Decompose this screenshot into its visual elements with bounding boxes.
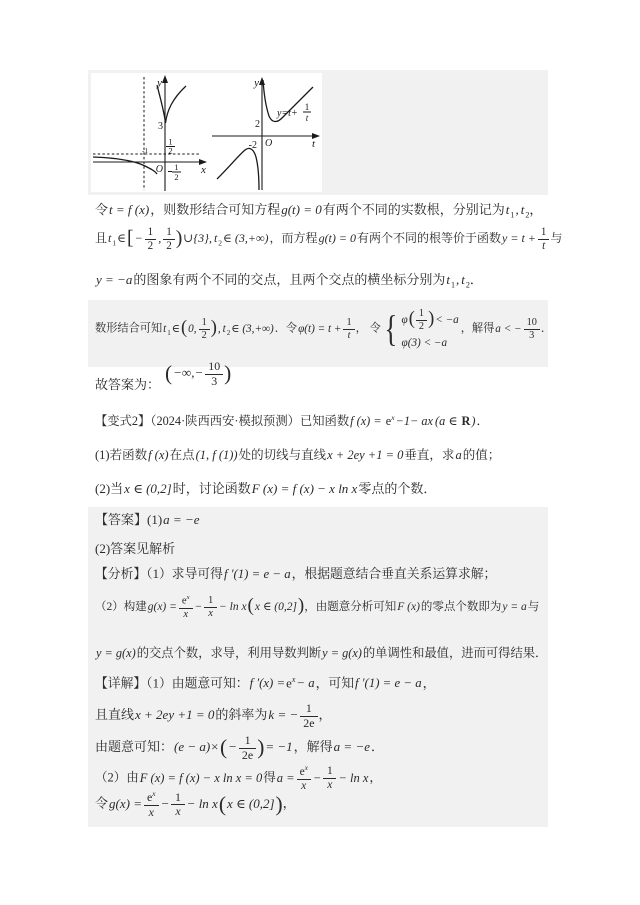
paragraph-line: （2）构建g(x) =exx−1x− ln x(x ∈ (0,2])，由题意分析… (95, 594, 539, 621)
paragraph-line: 由题意可知：(e − a)×(−12e)= −1，解得a = −e． (95, 734, 384, 762)
g2-y-axis-label: y (253, 77, 259, 89)
paragraph-line: (2)答案见解析 (95, 541, 175, 558)
paragraph-line: 【答案】(1)a = −e (95, 512, 201, 529)
paragraph-line: 【分析】（1）求导可得f ′(1) = e − a，根据题意结合垂直关系运算求解… (95, 566, 496, 583)
g1-tick-label: -1 (142, 147, 148, 155)
function-graphs-svg: y x O 3 1 2 1 2 -1 y t O 2 -2 y (91, 73, 322, 192)
paragraph-line: 且直线x + 2ey +1 = 0的斜率为k = −12e， (95, 702, 332, 730)
paragraph-line: 故答案为：(−∞,−103) (95, 372, 231, 400)
paragraph-line: 且t1∈[−12,12)∪{3},t2∈ (3,+∞)，而方程g(t) = 0有… (95, 226, 562, 252)
paragraph-line: 【详解】（1）由题意可知：f ′(x) =ex− a，可知f ′(1) = e … (95, 675, 435, 692)
g1-min-value-label: 3 (158, 121, 163, 132)
g1-parabola-curve (157, 85, 186, 123)
g2-min-value-label: 2 (255, 119, 260, 130)
paragraph-line: y = g(x)的交点个数，求导，利用导数判断y = g(x)的单调性和最值，进… (95, 646, 547, 662)
paragraph-line: 令t = f (x)，则数形结合可知方程g(t) = 0有两个不同的实数根，分别… (95, 202, 542, 221)
g2-t-axis-label: t (312, 138, 316, 150)
document-page: y x O 3 1 2 1 2 -1 y t O 2 -2 y (0, 0, 640, 905)
g2-curve-frac-denominator: t (306, 113, 309, 123)
g1-lower-frac-numerator: 1 (174, 162, 178, 172)
paragraph-line: 令g(x) =exx−1x− ln x(x ∈ (0,2])， (95, 790, 296, 819)
g2-max-value-label: -2 (249, 140, 257, 151)
graph-1 (93, 75, 207, 191)
g2-y-arrow (259, 77, 265, 85)
paragraph-line: y = −a的图象有两个不同的交点，且两个交点的横坐标分别为t1,t2． (95, 272, 483, 291)
g1-origin-label: O (156, 164, 163, 175)
g1-left-branch-curve (93, 157, 157, 174)
paragraph-line: (1)若函数f (x)在点(1, f (1))处的切线与直线x + 2ey +1… (95, 447, 500, 463)
g2-curve-frac-numerator: 1 (305, 102, 310, 112)
paragraph-line: 数形结合可知t1∈(0,12),t2∈ (3,+∞)．令φ(t) = t +1t… (95, 308, 552, 350)
paragraph-line: （2）由F (x) = f (x) − x ln x = 0得a =exx−1x… (95, 764, 382, 793)
g1-lower-frac-denominator: 2 (174, 172, 178, 182)
graph-2 (212, 77, 320, 190)
paragraph-line: (2)当x ∈ (0,2]时，讨论函数F (x) = f (x) − x ln … (95, 481, 436, 498)
g1-x-axis-label: x (200, 164, 206, 176)
g2-left-branch-curve (217, 148, 259, 190)
g1-upper-frac-denominator: 2 (168, 146, 172, 156)
graphs-image: y x O 3 1 2 1 2 -1 y t O 2 -2 y (91, 73, 322, 192)
g2-origin-label: O (265, 138, 272, 149)
g2-curve-equation-label: y=t+ (276, 108, 298, 119)
g1-y-axis-label: y (156, 77, 162, 89)
paragraph-line: 【变式2】（2024·陕西西安·模拟预测）已知函数f (x) = ex−1− a… (95, 413, 489, 430)
g1-y-arrow (162, 75, 168, 83)
